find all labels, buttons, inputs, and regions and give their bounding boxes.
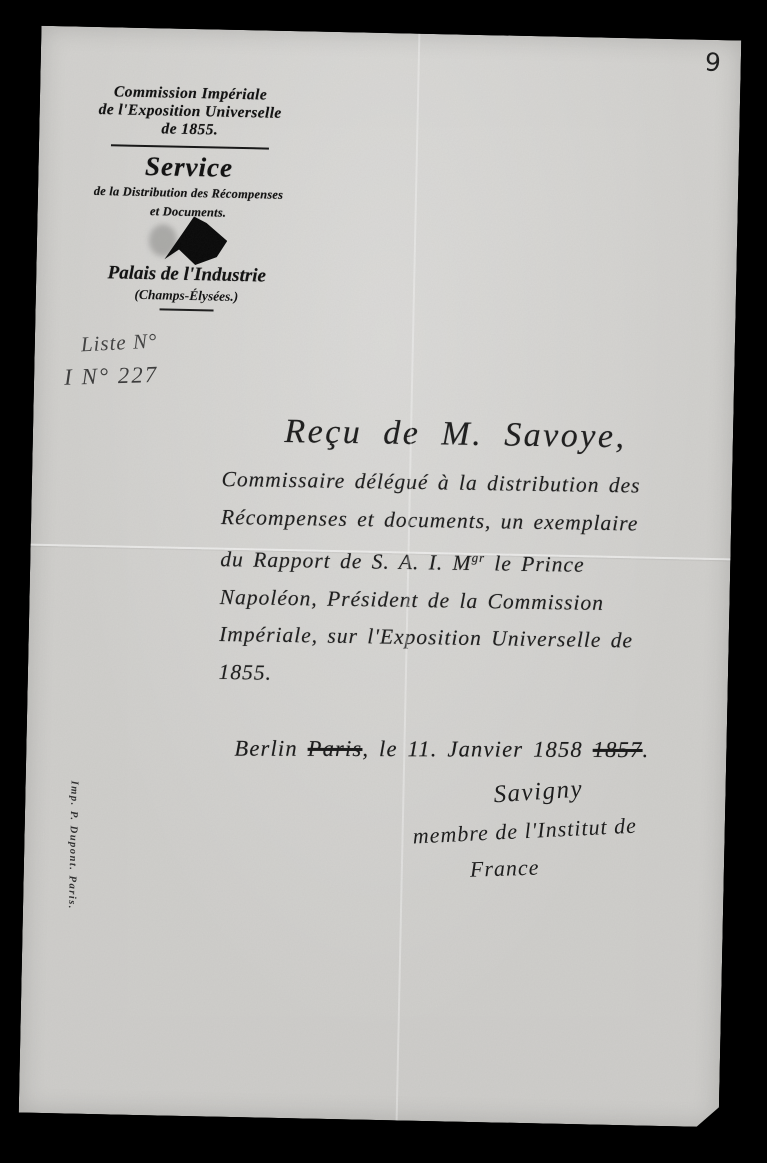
dateline-place-corrected: Berlin (234, 736, 307, 761)
receipt-body-line4: du Rapport de S. A. I. Mgr le Prince (220, 536, 716, 586)
dateline-place-struck: Paris (308, 736, 363, 761)
letterhead-service-title: Service (66, 149, 312, 184)
liste-number-label: Liste N° (80, 329, 158, 358)
letterhead: Commission Impériale de l'Exposition Uni… (64, 82, 314, 313)
letterhead-service-line2: et Documents. (65, 201, 310, 222)
receipt-opening-line: Reçu de M. Savoye, (222, 409, 718, 461)
letterhead-divider (110, 144, 268, 149)
date-line: Berlin Paris, le 11. Janvier 1858 1857. (234, 736, 649, 763)
letterhead-address-line2: (Champs-Élysées.) (64, 285, 309, 306)
dateline-year-struck: 1857 (593, 737, 643, 762)
receipt-body-line6: Impériale, sur l'Exposition Universelle … (219, 616, 715, 661)
letterhead-address-line1: Palais de l'Industrie (64, 261, 309, 288)
printer-imprint: Imp. P. Dupont. Paris. (66, 781, 80, 911)
signature-title-line1: membre de l'Institut de (412, 813, 637, 850)
dateline-end: . (643, 737, 650, 762)
page-number: 9 (704, 47, 722, 77)
letterhead-address-underline (159, 308, 213, 311)
dateline-date: , le 11. Janvier 1858 (362, 736, 592, 762)
scan-background: 9 Commission Impériale de l'Exposition U… (0, 0, 767, 1163)
receipt-body-line7: 1855. (218, 654, 714, 699)
signature-title-line2: France (470, 855, 540, 883)
letterhead-service-line1: de la Distribution des Récompenses (66, 182, 311, 203)
liste-number-value: I N° 227 (64, 362, 159, 391)
document-paper: 9 Commission Impériale de l'Exposition U… (19, 26, 742, 1127)
signature-name: Savigny (493, 775, 584, 809)
